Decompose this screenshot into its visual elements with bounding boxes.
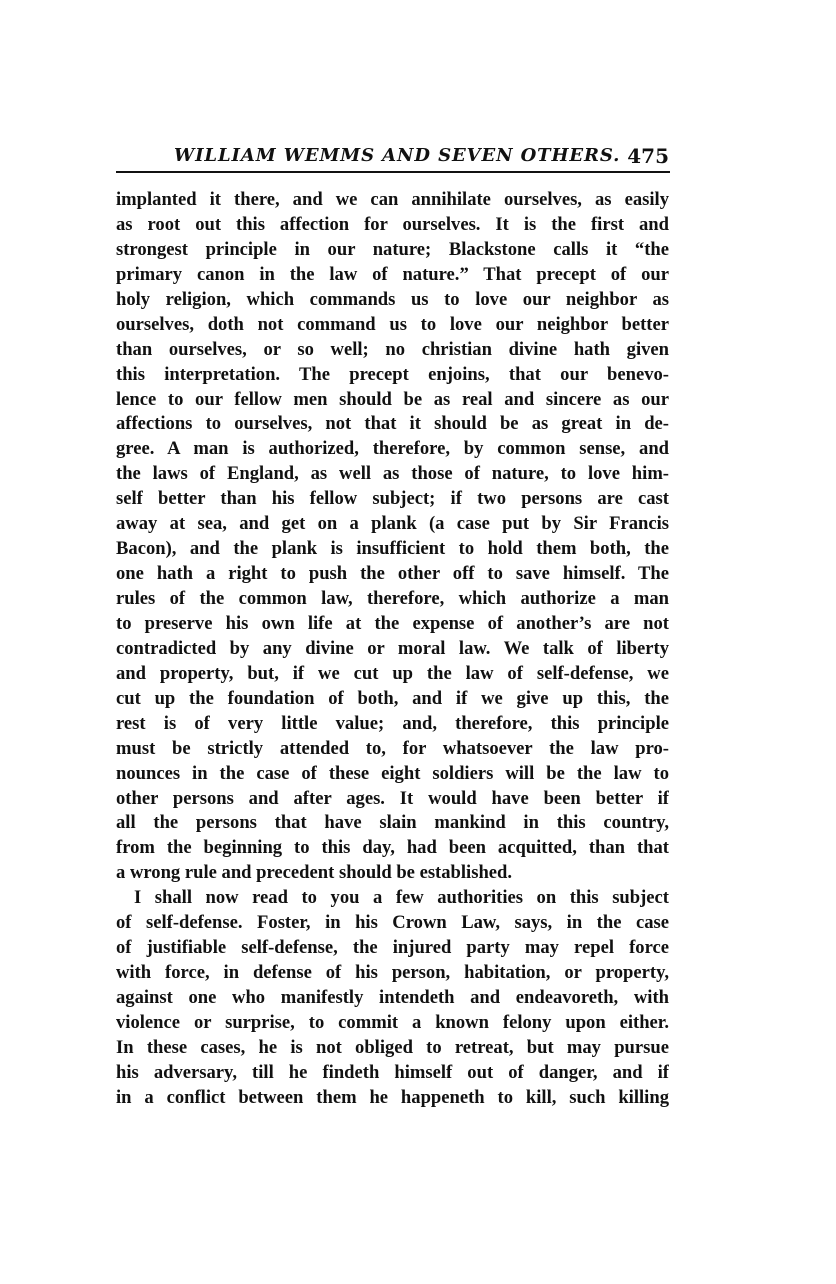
text-line: self better than his fellow subject; if … bbox=[116, 487, 669, 512]
text-line: this interpretation. The precept enjoins… bbox=[116, 363, 669, 388]
page-number: 475 bbox=[627, 144, 669, 168]
text-line: ourselves, doth not command us to love o… bbox=[116, 313, 669, 338]
text-line: all the persons that have slain mankind … bbox=[116, 811, 669, 836]
text-line: of justifiable self-defense, the injured… bbox=[116, 936, 669, 961]
text-line: a wrong rule and precedent should be est… bbox=[116, 861, 669, 886]
text-line: in a conflict between them he happeneth … bbox=[116, 1086, 669, 1111]
text-line: I shall now read to you a few authoritie… bbox=[116, 886, 669, 911]
text-line: other persons and after ages. It would h… bbox=[116, 787, 669, 812]
text-line: lence to our fellow men should be as rea… bbox=[116, 388, 669, 413]
text-line: rest is of very little value; and, there… bbox=[116, 712, 669, 737]
text-line: one hath a right to push the other off t… bbox=[116, 562, 669, 587]
paragraph-1: implanted it there, and we can annihilat… bbox=[116, 188, 669, 886]
text-line: his adversary, till he findeth himself o… bbox=[116, 1061, 669, 1086]
body-text: implanted it there, and we can annihilat… bbox=[116, 188, 669, 1111]
text-line: implanted it there, and we can annihilat… bbox=[116, 188, 669, 213]
text-line: nounces in the case of these eight soldi… bbox=[116, 762, 669, 787]
text-line: Bacon), and the plank is insufficient to… bbox=[116, 537, 669, 562]
paragraph-2: I shall now read to you a few authoritie… bbox=[116, 886, 669, 1110]
text-line: the laws of England, as well as those of… bbox=[116, 462, 669, 487]
text-line: of self-defense. Foster, in his Crown La… bbox=[116, 911, 669, 936]
text-line: In these cases, he is not obliged to ret… bbox=[116, 1036, 669, 1061]
text-line: gree. A man is authorized, therefore, by… bbox=[116, 437, 669, 462]
text-line: must be strictly attended to, for whatso… bbox=[116, 737, 669, 762]
text-line: from the beginning to this day, had been… bbox=[116, 836, 669, 861]
text-line: as root out this affection for ourselves… bbox=[116, 213, 669, 238]
text-line: strongest principle in our nature; Black… bbox=[116, 238, 669, 263]
text-line: than ourselves, or so well; no christian… bbox=[116, 338, 669, 363]
header-rule-divider bbox=[116, 171, 670, 173]
running-title: WILLIAM WEMMS AND SEVEN OTHERS. bbox=[174, 144, 620, 168]
text-line: away at sea, and get on a plank (a case … bbox=[116, 512, 669, 537]
text-line: holy religion, which commands us to love… bbox=[116, 288, 669, 313]
text-line: violence or surprise, to commit a known … bbox=[116, 1011, 669, 1036]
running-head: WILLIAM WEMMS AND SEVEN OTHERS. 475 bbox=[116, 138, 669, 168]
text-line: and property, but, if we cut up the law … bbox=[116, 662, 669, 687]
text-line: contradicted by any divine or moral law.… bbox=[116, 637, 669, 662]
text-line: primary canon in the law of nature.” Tha… bbox=[116, 263, 669, 288]
text-line: rules of the common law, therefore, whic… bbox=[116, 587, 669, 612]
text-line: against one who manifestly intendeth and… bbox=[116, 986, 669, 1011]
text-line: with force, in defense of his person, ha… bbox=[116, 961, 669, 986]
text-line: cut up the foundation of both, and if we… bbox=[116, 687, 669, 712]
text-line: to preserve his own life at the expense … bbox=[116, 612, 669, 637]
book-page: WILLIAM WEMMS AND SEVEN OTHERS. 475 impl… bbox=[0, 0, 836, 1284]
text-line: affections to ourselves, not that it sho… bbox=[116, 412, 669, 437]
